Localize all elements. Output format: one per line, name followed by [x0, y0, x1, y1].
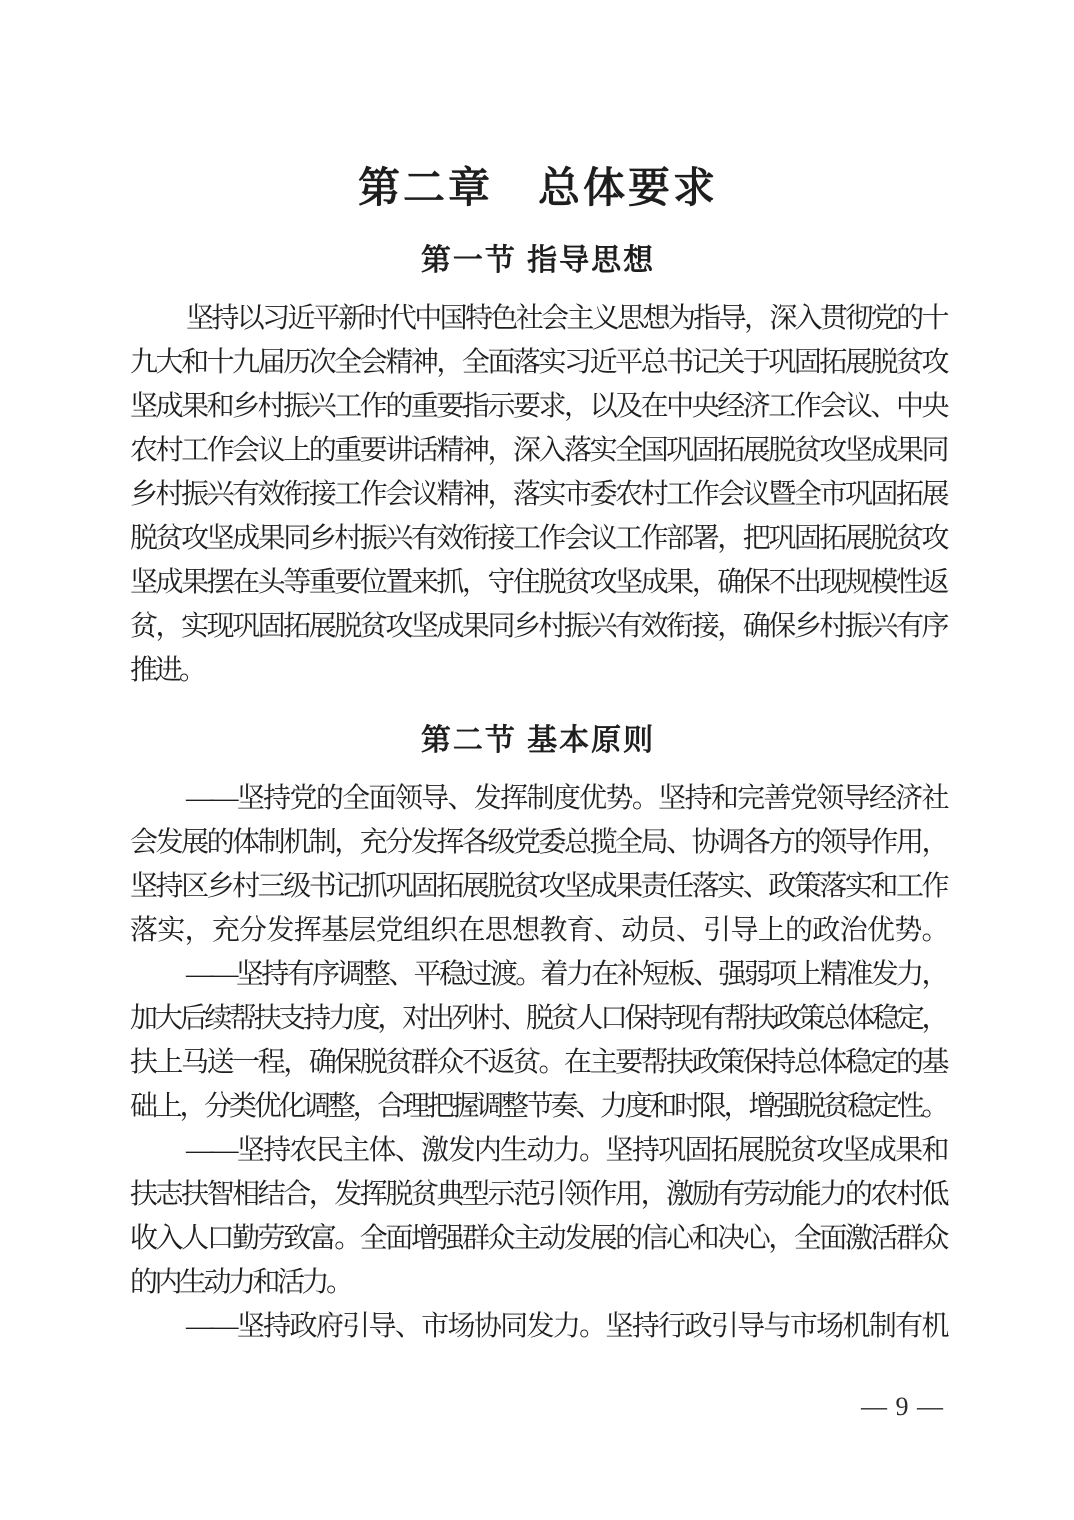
body-line: 脱贫攻坚成果同乡村振兴有效衔接工作会议工作部署，把巩固拓展脱贫攻: [130, 517, 946, 561]
page-number: — 9 —: [861, 1392, 944, 1422]
body-line: 农村工作会议上的重要讲话精神，深入落实全国巩固拓展脱贫攻坚成果同: [130, 429, 946, 473]
section-1-title: 第一节 指导思想: [130, 241, 946, 281]
body-line: 扶志扶智相结合，发挥脱贫典型示范引领作用，激励有劳动能力的农村低: [130, 1173, 946, 1217]
section-2-paragraph-1: ——坚持党的全面领导、发挥制度优势。坚持和完善党领导经济社 会发展的体制机制，充…: [130, 777, 946, 953]
section-1-paragraph: 坚持以习近平新时代中国特色社会主义思想为指导，深入贯彻党的十 九大和十九届历次全…: [130, 297, 946, 693]
body-line: 坚持区乡村三级书记抓巩固拓展脱贫攻坚成果责任落实、政策落实和工作: [130, 865, 946, 909]
body-line: 落实，充分发挥基层党组织在思想教育、动员、引导上的政治优势。: [130, 909, 946, 953]
page-content: 第二章 总体要求 第一节 指导思想 坚持以习近平新时代中国特色社会主义思想为指导…: [130, 163, 946, 1349]
body-line: ——坚持有序调整、平稳过渡。着力在补短板、强弱项上精准发力，: [130, 953, 946, 997]
body-line: 乡村振兴有效衔接工作会议精神，落实市委农村工作会议暨全市巩固拓展: [130, 473, 946, 517]
body-line: 会发展的体制机制，充分发挥各级党委总揽全局、协调各方的领导作用，: [130, 821, 946, 865]
body-line: 收入人口勤劳致富。全面增强群众主动发展的信心和决心，全面激活群众: [130, 1217, 946, 1261]
body-line: 九大和十九届历次全会精神，全面落实习近平总书记关于巩固拓展脱贫攻: [130, 341, 946, 385]
document-page: 第二章 总体要求 第一节 指导思想 坚持以习近平新时代中国特色社会主义思想为指导…: [0, 0, 1074, 1520]
body-line: 贫，实现巩固拓展脱贫攻坚成果同乡村振兴有效衔接，确保乡村振兴有序: [130, 605, 946, 649]
body-line: 加大后续帮扶支持力度，对出列村、脱贫人口保持现有帮扶政策总体稳定，: [130, 997, 946, 1041]
body-line: ——坚持党的全面领导、发挥制度优势。坚持和完善党领导经济社: [130, 777, 946, 821]
body-line: ——坚持农民主体、激发内生动力。坚持巩固拓展脱贫攻坚成果和: [130, 1129, 946, 1173]
section-2-paragraph-2: ——坚持有序调整、平稳过渡。着力在补短板、强弱项上精准发力， 加大后续帮扶支持力…: [130, 953, 946, 1129]
body-line: 的内生动力和活力。: [130, 1261, 946, 1305]
body-line: ——坚持政府引导、市场协同发力。坚持行政引导与市场机制有机: [130, 1305, 946, 1349]
body-line: 础上，分类优化调整，合理把握调整节奏、力度和时限，增强脱贫稳定性。: [130, 1085, 946, 1129]
section-2-paragraph-4: ——坚持政府引导、市场协同发力。坚持行政引导与市场机制有机: [130, 1305, 946, 1349]
body-line: 坚持以习近平新时代中国特色社会主义思想为指导，深入贯彻党的十: [130, 297, 946, 341]
body-line: 扶上马送一程，确保脱贫群众不返贫。在主要帮扶政策保持总体稳定的基: [130, 1041, 946, 1085]
chapter-title: 第二章 总体要求: [130, 163, 946, 215]
body-line: 坚成果摆在头等重要位置来抓，守住脱贫攻坚成果，确保不出现规模性返: [130, 561, 946, 605]
section-2-title: 第二节 基本原则: [130, 721, 946, 761]
body-line: 推进。: [130, 649, 946, 693]
body-line: 坚成果和乡村振兴工作的重要指示要求，以及在中央经济工作会议、中央: [130, 385, 946, 429]
section-2-paragraph-3: ——坚持农民主体、激发内生动力。坚持巩固拓展脱贫攻坚成果和 扶志扶智相结合，发挥…: [130, 1129, 946, 1305]
